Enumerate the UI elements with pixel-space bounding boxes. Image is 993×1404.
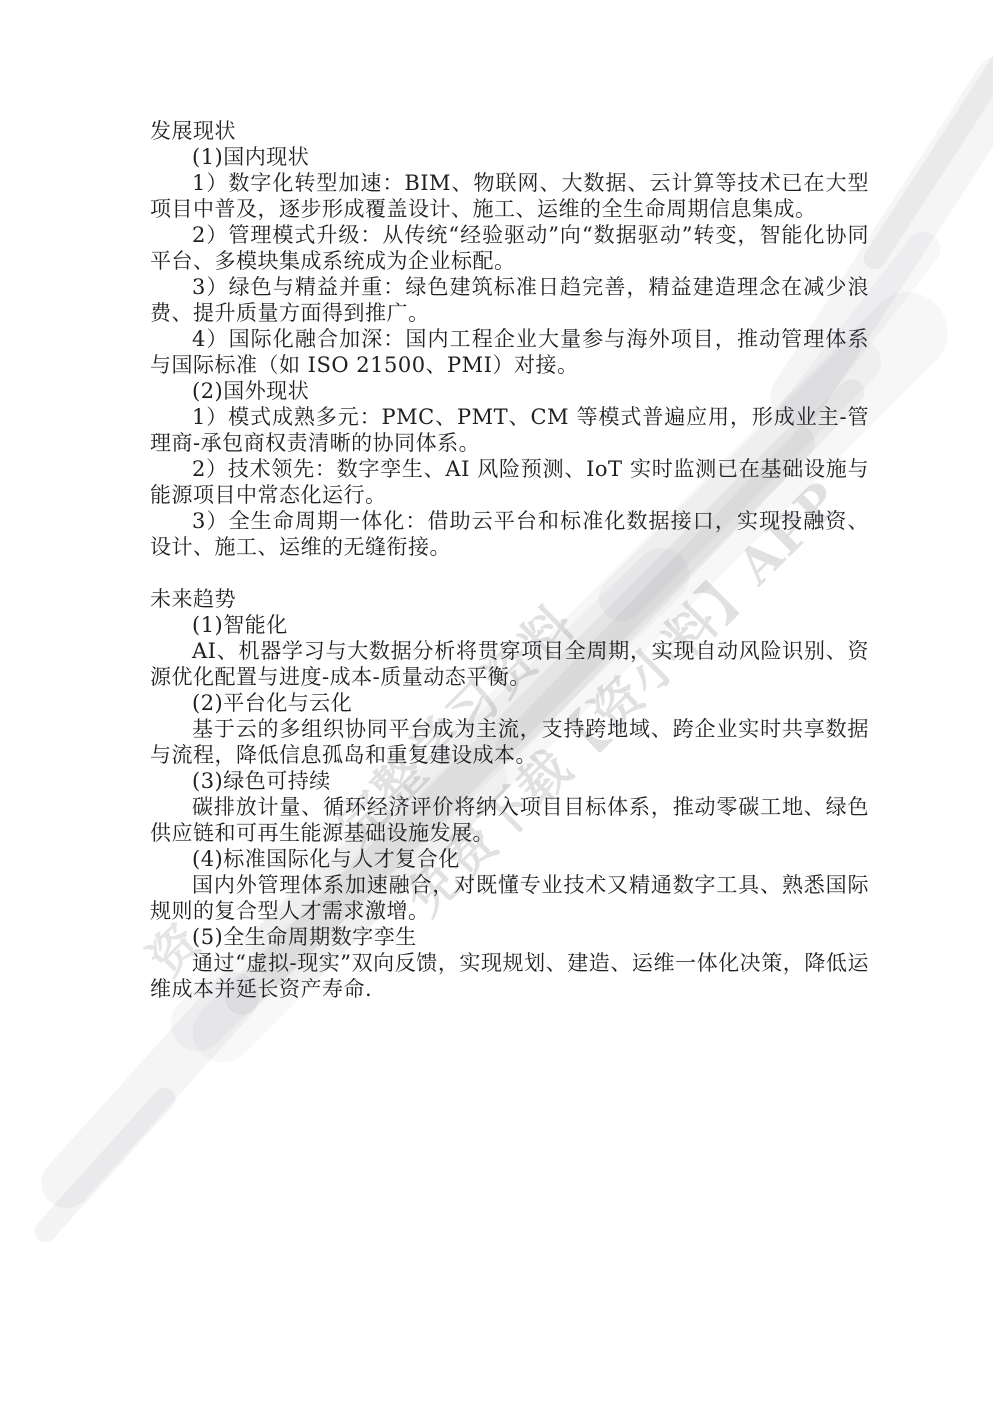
document-content: 发展现状 (1)国内现状 1）数字化转型加速：BIM、物联网、大数据、云计算等技…	[150, 118, 869, 1002]
paragraph: 基于云的多组织协同平台成为主流，支持跨地域、跨企业实时共享数据与流程，降低信息孤…	[150, 716, 869, 768]
paragraph: 碳排放计量、循环经济评价将纳入项目目标体系，推动零碳工地、绿色供应链和可再生能源…	[150, 794, 869, 846]
paragraph: 1）模式成熟多元：PMC、PMT、CM 等模式普遍应用，形成业主-管理商-承包商…	[150, 404, 869, 456]
paragraph: 3）绿色与精益并重：绿色建筑标准日趋完善，精益建造理念在减少浪费、提升质量方面得…	[150, 274, 869, 326]
paragraph: 4）国际化融合加深：国内工程企业大量参与海外项目，推动管理体系与国际标准（如 I…	[150, 326, 869, 378]
paragraph: 2）技术领先：数字孪生、AI 风险预测、IoT 实时监测已在基础设施与能源项目中…	[150, 456, 869, 508]
paragraph: (2)平台化与云化	[150, 690, 869, 716]
paragraph: (2)国外现状	[150, 378, 869, 404]
paragraph: (4)标准国际化与人才复合化	[150, 846, 869, 872]
paragraph: 3）全生命周期一体化：借助云平台和标准化数据接口，实现投融资、设计、施工、运维的…	[150, 508, 869, 560]
section-title: 发展现状	[150, 118, 869, 144]
paragraph: (1)智能化	[150, 612, 869, 638]
paragraph: (3)绿色可持续	[150, 768, 869, 794]
brush-streak	[30, 1083, 180, 1246]
paragraph: (1)国内现状	[150, 144, 869, 170]
paragraph: 2）管理模式升级：从传统“经验驱动”向“数据驱动”转变，智能化协同平台、多模块集…	[150, 222, 869, 274]
paragraph: 国内外管理体系加速融合，对既懂专业技术又精通数字工具、熟悉国际规则的复合型人才需…	[150, 872, 869, 924]
section-development-status: 发展现状 (1)国内现状 1）数字化转型加速：BIM、物联网、大数据、云计算等技…	[150, 118, 869, 560]
brush-streak	[860, 27, 993, 274]
section-future-trends: 未来趋势 (1)智能化 AI、机器学习与大数据分析将贯穿项目全周期，实现自动风险…	[150, 586, 869, 1002]
paragraph: AI、机器学习与大数据分析将贯穿项目全周期，实现自动风险识别、资源优化配置与进度…	[150, 638, 869, 690]
document-page: 完整学习资料 免费下载【资小料】APP 资 发展现状 (1)国内现状 1）数字化…	[0, 0, 993, 1404]
paragraph: 通过“虚拟-现实”双向反馈，实现规划、建造、运维一体化决策，降低运维成本并延长资…	[150, 950, 869, 1002]
paragraph: 1）数字化转型加速：BIM、物联网、大数据、云计算等技术已在大型项目中普及，逐步…	[150, 170, 869, 222]
section-title: 未来趋势	[150, 586, 869, 612]
paragraph: (5)全生命周期数字孪生	[150, 924, 869, 950]
